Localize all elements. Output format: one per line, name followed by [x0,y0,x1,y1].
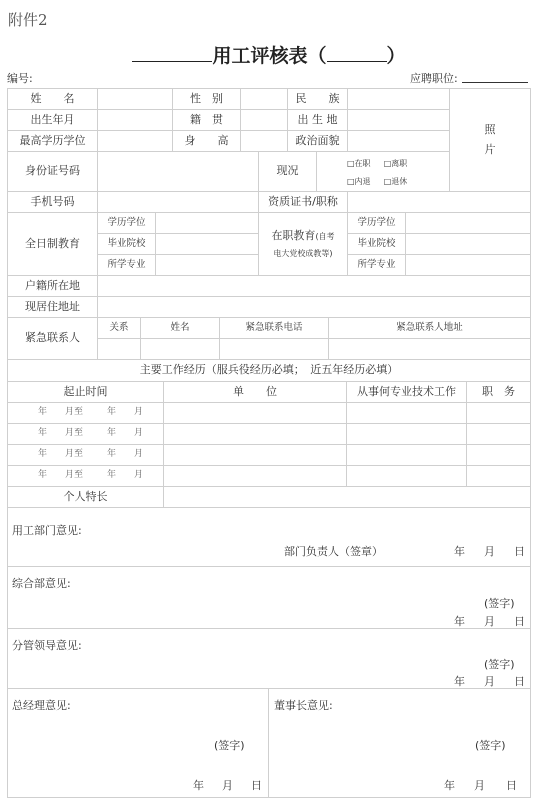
status-label: 现况 [258,151,317,192]
title-text: 用工评核表（ [212,45,326,67]
parttime-major-field[interactable] [405,254,531,276]
emergency-address-field[interactable] [328,338,531,360]
skills-label: 个人特长 [7,486,164,508]
native-label: 籍 贯 [172,109,241,131]
leader-day: 日 [514,673,525,689]
fulltime-school-text: 毕业院校 [107,238,145,250]
name-label-text: 姓 名 [31,92,75,106]
work-row-specialty[interactable] [346,465,467,487]
hukou-label: 户籍所在地 [7,275,98,297]
emergency-col-relation-text: 关系 [109,322,128,334]
general-opinion-label: 综合部意见: [12,575,71,591]
work-row-period[interactable]: 年 月至 年 月 [7,465,164,487]
year-to: 年 [107,470,116,482]
leader-sign-label: (签字) [484,656,515,672]
work-row-title[interactable] [466,465,531,487]
birthplace-label-text: 出 生 地 [298,113,338,127]
id-field[interactable] [97,151,259,192]
photo-label-1: 照 [485,123,496,137]
month-end: 月 [134,470,143,482]
emergency-relation-field[interactable] [97,338,141,360]
work-row-period[interactable]: 年 月至 年 月 [7,423,164,445]
dept-opinion-box[interactable] [7,507,531,567]
birth-label-text: 出生年月 [31,113,75,127]
cert-field[interactable] [347,191,531,213]
cert-label: 资质证书/职称 [258,191,348,213]
hukou-label-text: 户籍所在地 [25,279,80,293]
residence-label-text: 现居住地址 [25,300,80,314]
gm-year: 年 [193,777,204,793]
residence-label: 现居住地址 [7,296,98,318]
year-from: 年 [38,407,47,419]
parttime-education-label: 在职教育(自考 电大党校成教等) [258,212,348,276]
status-options: □在职 □离职 □内退 □退休 [316,151,450,192]
fulltime-degree-label: 学历学位 [97,212,156,234]
emergency-col-address-text: 紧急联系人地址 [396,322,463,334]
gm-month: 月 [222,777,233,793]
dept-year: 年 [454,543,465,559]
skills-label-text: 个人特长 [64,490,108,504]
work-col-title-text: 职 务 [482,385,515,399]
leader-year: 年 [454,673,465,689]
number-label: 编号: [7,70,33,86]
parttime-degree-text: 学历学位 [357,217,395,229]
status-row-1: □在职 □离职 [347,154,407,174]
id-label: 身份证号码 [7,151,98,192]
status-option-internal-retired[interactable]: □内退 [347,177,371,186]
emergency-col-name: 姓名 [140,317,220,339]
fulltime-education-text: 全日制教育 [25,237,80,251]
parttime-note-2: 电大党校成教等) [273,249,332,259]
gm-sign-label: (签字) [214,737,245,753]
emergency-col-phone: 紧急联系电话 [219,317,329,339]
education-label: 最高学历学位 [7,130,98,152]
month-end: 月 [134,449,143,461]
name-label: 姓 名 [7,88,98,110]
work-row-title[interactable] [466,402,531,424]
work-col-employer: 单 位 [163,381,347,403]
parttime-school-text: 毕业院校 [357,238,395,250]
ethnicity-field[interactable] [347,88,450,110]
leader-month: 月 [484,673,495,689]
chairman-opinion-label: 董事长意见: [274,697,333,713]
parttime-degree-label: 学历学位 [347,212,406,234]
work-row-title[interactable] [466,444,531,466]
fulltime-major-field[interactable] [155,254,259,276]
chairman-year: 年 [444,777,455,793]
chairman-day: 日 [506,777,517,793]
general-day: 日 [514,613,525,629]
fulltime-school-label: 毕业院校 [97,233,156,255]
work-col-specialty-text: 从事何专业技术工作 [357,385,456,399]
fulltime-major-label: 所学专业 [97,254,156,276]
political-label: 政治面貌 [287,130,348,152]
general-opinion-box[interactable] [7,566,531,629]
dept-month: 月 [484,543,495,559]
fulltime-degree-field[interactable] [155,212,259,234]
work-row-employer[interactable] [163,423,347,445]
year-to: 年 [107,428,116,440]
year-to: 年 [107,407,116,419]
fulltime-degree-text: 学历学位 [107,217,145,229]
work-row-specialty[interactable] [346,444,467,466]
emergency-label-text: 紧急联系人 [25,331,80,345]
month-to: 月至 [65,407,83,419]
general-month: 月 [484,613,495,629]
fulltime-school-field[interactable] [155,233,259,255]
work-row-employer[interactable] [163,402,347,424]
gender-label: 性 别 [172,88,241,110]
native-field[interactable] [240,109,288,131]
status-option-resigned[interactable]: □离职 [384,159,408,168]
name-field[interactable] [97,88,173,110]
emergency-col-phone-text: 紧急联系电话 [245,322,302,334]
parttime-major-text: 所学专业 [357,259,395,271]
month-to: 月至 [65,470,83,482]
residence-field[interactable] [97,296,531,318]
status-row-2: □内退 □退休 [347,174,407,190]
month-end: 月 [134,428,143,440]
id-label-text: 身份证号码 [25,164,80,178]
height-label-text: 身 高 [185,134,229,148]
emergency-col-address: 紧急联系人地址 [328,317,531,339]
height-field[interactable] [240,130,288,152]
year-from: 年 [38,428,47,440]
phone-label: 手机号码 [7,191,98,213]
height-label: 身 高 [172,130,241,152]
work-col-employer-text: 单 位 [233,385,277,399]
dept-signer-label: 部门负责人（签章） [284,543,383,559]
work-col-specialty: 从事何专业技术工作 [346,381,467,403]
gm-day: 日 [251,777,262,793]
fulltime-education-label: 全日制教育 [7,212,98,276]
education-field[interactable] [97,130,173,152]
month-end: 月 [134,407,143,419]
political-label-text: 政治面貌 [296,134,340,148]
birth-field[interactable] [97,109,173,131]
photo-box[interactable]: 照 片 [449,88,531,192]
birthplace-label: 出 生 地 [287,109,348,131]
fulltime-major-text: 所学专业 [107,259,145,271]
emergency-name-field[interactable] [140,338,220,360]
leader-opinion-label: 分管领导意见: [12,637,82,653]
work-row-employer[interactable] [163,465,347,487]
phone-label-text: 手机号码 [31,195,75,209]
general-year: 年 [454,613,465,629]
parttime-major-label: 所学专业 [347,254,406,276]
emergency-phone-field[interactable] [219,338,329,360]
year-to: 年 [107,449,116,461]
status-label-text: 现况 [277,164,299,178]
general-sign-label: (签字) [484,595,515,611]
title-close: ） [387,45,406,67]
year-from: 年 [38,449,47,461]
birth-label: 出生年月 [7,109,98,131]
work-row-period[interactable]: 年 月至 年 月 [7,444,164,466]
emergency-col-relation: 关系 [97,317,141,339]
work-row-title[interactable] [466,423,531,445]
gm-opinion-label: 总经理意见: [12,697,71,713]
parttime-school-label: 毕业院校 [347,233,406,255]
education-label-text: 最高学历学位 [20,134,86,148]
work-history-title: 主要工作经历（服兵役经历必填； 近五年经历必填） [7,359,531,382]
parttime-school-field[interactable] [405,233,531,255]
work-col-period: 起止时间 [7,381,164,403]
attachment-label: 附件2 [8,9,48,30]
status-option-employed[interactable]: □在职 [347,159,371,168]
parttime-degree-field[interactable] [405,212,531,234]
parttime-note-1: (自考 [315,232,334,241]
ethnicity-label: 民 族 [287,88,348,110]
native-label-text: 籍 贯 [190,113,223,127]
work-col-title: 职 务 [466,381,531,403]
emergency-label: 紧急联系人 [7,317,98,360]
work-row-specialty[interactable] [346,402,467,424]
month-to: 月至 [65,428,83,440]
position-label: 应聘职位: [410,70,458,86]
dept-opinion-label: 用工部门意见: [12,522,82,538]
work-row-specialty[interactable] [346,423,467,445]
gender-label-text: 性 别 [190,92,223,106]
chairman-month: 月 [474,777,485,793]
company-name-blank[interactable] [132,47,212,62]
work-row-employer[interactable] [163,444,347,466]
gender-field[interactable] [240,88,288,110]
leader-opinion-box[interactable] [7,628,531,689]
status-option-retired[interactable]: □退休 [384,177,408,186]
title-suffix-blank[interactable] [327,47,387,62]
hukou-field[interactable] [97,275,531,297]
month-to: 月至 [65,449,83,461]
parttime-title-text: 在职教育 [271,229,315,242]
cert-label-text: 资质证书/职称 [268,195,338,209]
position-field[interactable] [462,82,528,83]
skills-field[interactable] [163,486,531,508]
work-row-period[interactable]: 年 月至 年 月 [7,402,164,424]
work-history-title-text: 主要工作经历（服兵役经历必填； 近五年经历必填） [140,363,399,377]
year-from: 年 [38,470,47,482]
photo-label-2: 片 [485,143,496,157]
phone-field[interactable] [97,191,259,213]
dept-day: 日 [514,543,525,559]
work-col-period-text: 起止时间 [64,385,108,399]
parttime-title-line: 在职教育(自考 [271,229,334,243]
political-field[interactable] [347,130,450,152]
chairman-sign-label: (签字) [475,737,506,753]
form-title: 用工评核表（） [0,41,538,68]
birthplace-field[interactable] [347,109,450,131]
ethnicity-label-text: 民 族 [296,92,340,106]
emergency-col-name-text: 姓名 [170,322,189,334]
